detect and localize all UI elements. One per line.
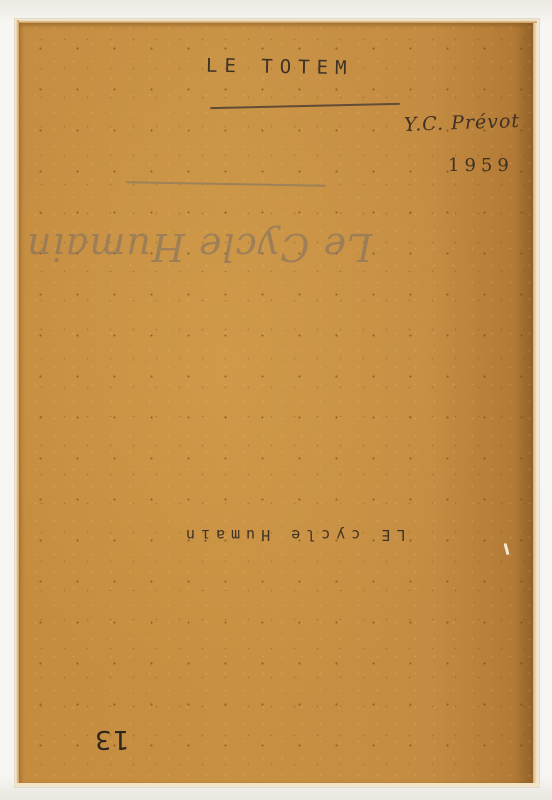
frame-edge-bottom	[14, 783, 540, 786]
faint-mirrored-inscription: Le Cycle Humain	[26, 225, 372, 269]
upside-down-inscription: LE cycle Humain	[180, 526, 405, 544]
frame-edge-right	[533, 23, 537, 785]
picture-frame: LE TOTEM Y.C. Prévot 1959 Le Cycle Humai…	[0, 0, 552, 800]
hardboard-back	[19, 23, 533, 783]
inventory-number: 13	[94, 724, 129, 754]
board-shadow-edge	[517, 23, 533, 783]
date-inscription: 1959	[448, 155, 514, 176]
title-inscription: LE TOTEM	[206, 55, 354, 80]
artist-signature: Y.C. Prévot	[404, 110, 521, 136]
